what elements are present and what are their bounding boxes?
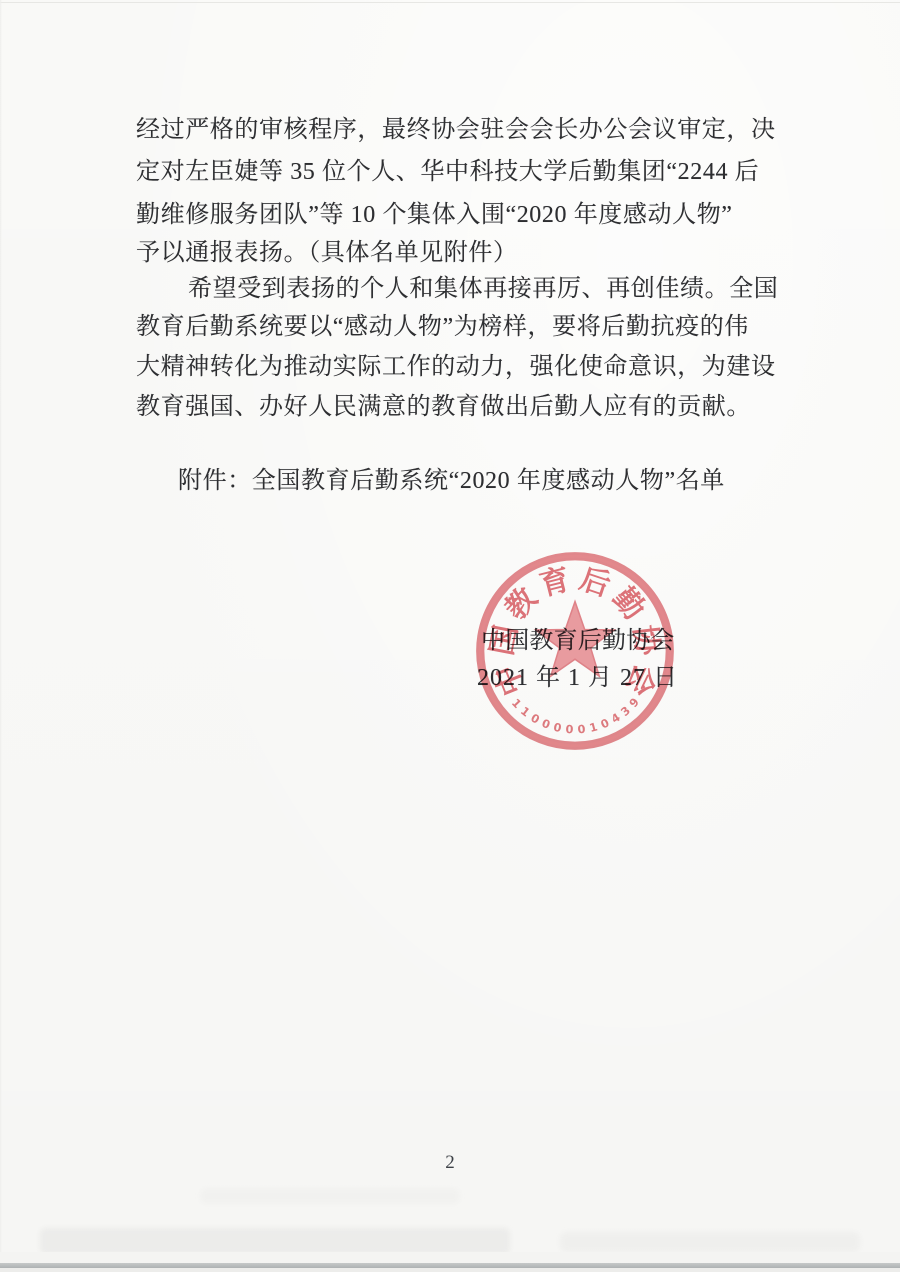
body-line: 希望受到表扬的个人和集体再接再厉、再创佳绩。全国	[188, 274, 778, 304]
scan-edge-bottom-under	[0, 1268, 900, 1272]
attachment-line: 附件：全国教育后勤系统“2020 年度感动人物”名单	[178, 466, 725, 496]
body-line: 定对左臣婕等 35 位个人、华中科技大学后勤集团“2244 后	[136, 157, 759, 187]
bleed-through-artifact	[40, 1228, 510, 1254]
body-line: 经过严格的审核程序，最终协会驻会会长办公会议审定，决	[136, 115, 776, 145]
scan-edge-left	[0, 0, 2, 1272]
body-line: 勤维修服务团队”等 10 个集体入围“2020 年度感动人物”	[136, 200, 733, 230]
bleed-through-artifact	[200, 1188, 460, 1204]
signature-date: 2021 年 1 月 27 日	[477, 663, 678, 693]
body-line: 大精神转化为推动实际工作的动力，强化使命意识，为建设	[136, 352, 776, 382]
body-line: 予以通报表扬。（具体名单见附件）	[136, 238, 518, 268]
signature-org: 中国教育后勤协会	[481, 626, 675, 656]
scan-edge-top	[0, 2, 900, 3]
document-page: 经过严格的审核程序，最终协会驻会会长办公会议审定，决 定对左臣婕等 35 位个人…	[0, 0, 900, 1272]
body-line: 教育后勤系统要以“感动人物”为榜样，要将后勤抗疫的伟	[136, 312, 749, 342]
body-line: 教育强国、办好人民满意的教育做出后勤人应有的贡献。	[136, 392, 751, 422]
bleed-through-artifact	[560, 1232, 860, 1252]
page-number: 2	[440, 1152, 460, 1174]
scan-edge-bottom-band	[0, 1252, 900, 1263]
